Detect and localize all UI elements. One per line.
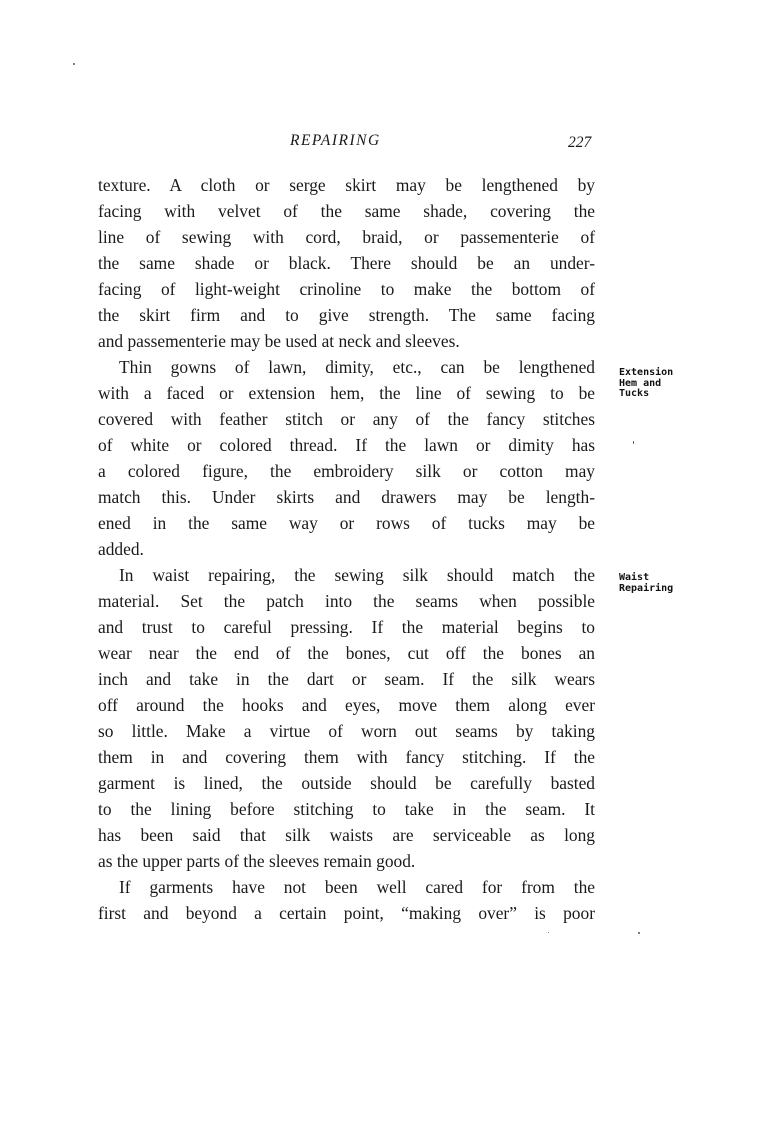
text-line: off around the hooks and eyes, move them… [98, 692, 595, 718]
text-line: the same shade or black. There should be… [98, 250, 595, 276]
text-line: texture. A cloth or serge skirt may be l… [98, 172, 595, 198]
body-text: texture. A cloth or serge skirt may be l… [98, 172, 595, 926]
paragraph: If garments have not been well cared for… [98, 874, 595, 926]
page-number: 227 [568, 134, 591, 152]
margin-note-extension-hem-tucks: Extension Hem and Tucks [619, 368, 673, 400]
margin-note-line: Extension [619, 368, 673, 379]
text-line: and trust to careful pressing. If the ma… [98, 614, 595, 640]
margin-note-line: Tucks [619, 389, 673, 400]
margin-note-waist-repairing: Waist Repairing [619, 573, 673, 594]
text-line: garment is lined, the outside should be … [98, 770, 595, 796]
scan-speck [633, 441, 634, 444]
text-line: of white or colored thread. If the lawn … [98, 432, 595, 458]
text-line: with a faced or extension hem, the line … [98, 380, 595, 406]
text-line: facing with velvet of the same shade, co… [98, 198, 595, 224]
paragraph: texture. A cloth or serge skirt may be l… [98, 172, 595, 354]
text-line: first and beyond a certain point, “makin… [98, 900, 595, 926]
text-line: inch and take in the dart or seam. If th… [98, 666, 595, 692]
text-line: In waist repairing, the sewing silk shou… [98, 562, 595, 588]
margin-note-line: Repairing [619, 584, 673, 595]
text-line: a colored figure, the embroidery silk or… [98, 458, 595, 484]
text-line: the skirt firm and to give strength. The… [98, 302, 595, 328]
text-line: so little. Make a virtue of worn out sea… [98, 718, 595, 744]
text-line: If garments have not been well cared for… [98, 874, 595, 900]
scan-speck [638, 932, 640, 934]
paragraph: Thin gowns of lawn, dimity, etc., can be… [98, 354, 595, 562]
text-line: line of sewing with cord, braid, or pass… [98, 224, 595, 250]
scan-speck [73, 63, 75, 65]
scan-speck [548, 932, 549, 933]
paragraph: In waist repairing, the sewing silk shou… [98, 562, 595, 874]
running-head: REPAIRING [290, 132, 381, 150]
text-line: facing of light-weight crinoline to make… [98, 276, 595, 302]
text-line: to the lining before stitching to take i… [98, 796, 595, 822]
text-line: wear near the end of the bones, cut off … [98, 640, 595, 666]
text-line: Thin gowns of lawn, dimity, etc., can be… [98, 354, 595, 380]
margin-note-line: Waist [619, 573, 673, 584]
text-line: has been said that silk waists are servi… [98, 822, 595, 848]
text-line: and passementerie may be used at neck an… [98, 328, 595, 354]
text-line: material. Set the patch into the seams w… [98, 588, 595, 614]
text-line: match this. Under skirts and drawers may… [98, 484, 595, 510]
text-line: added. [98, 536, 595, 562]
text-line: covered with feather stitch or any of th… [98, 406, 595, 432]
text-line: ened in the same way or rows of tucks ma… [98, 510, 595, 536]
text-line: them in and covering them with fancy sti… [98, 744, 595, 770]
text-line: as the upper parts of the sleeves remain… [98, 848, 595, 874]
